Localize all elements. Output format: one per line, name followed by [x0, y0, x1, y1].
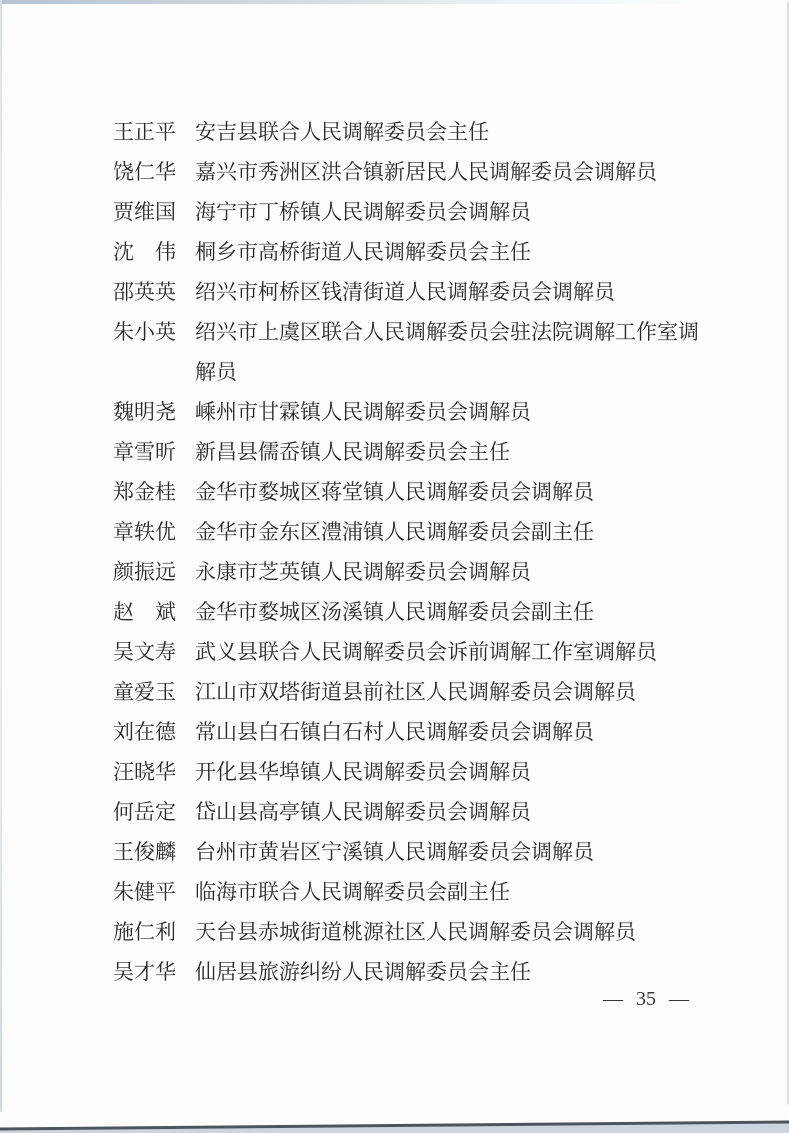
entry-row: 王俊麟 台州市黄岩区宁溪镇人民调解委员会调解员 [113, 832, 713, 872]
entry-row: 章轶优 金华市金东区澧浦镇人民调解委员会副主任 [113, 512, 713, 552]
entry-title: 常山县白石镇白石村人民调解委员会调解员 [195, 712, 707, 752]
entry-row: 施仁利 天台县赤城街道桃源社区人民调解委员会调解员 [113, 912, 713, 952]
entry-name: 沈 伟 [113, 232, 195, 272]
entry-name: 王正平 [113, 112, 195, 152]
entry-title: 绍兴市柯桥区钱清街道人民调解委员会调解员 [195, 272, 707, 312]
entry-name: 颜振远 [113, 552, 195, 592]
entry-name: 汪晓华 [113, 752, 195, 792]
entry-row: 章雪昕 新昌县儒岙镇人民调解委员会主任 [113, 432, 713, 472]
entry-name: 何岳定 [113, 792, 195, 832]
entry-title: 嘉兴市秀洲区洪合镇新居民人民调解委员会调解员 [195, 152, 707, 192]
entry-name: 贾维国 [113, 192, 195, 232]
entry-row: 朱健平 临海市联合人民调解委员会副主任 [113, 872, 713, 912]
page-number: — 35 — [598, 984, 694, 1014]
entry-title: 海宁市丁桥镇人民调解委员会调解员 [195, 192, 707, 232]
entry-title: 台州市黄岩区宁溪镇人民调解委员会调解员 [195, 832, 707, 872]
entry-row: 沈 伟 桐乡市高桥街道人民调解委员会主任 [113, 232, 713, 272]
entry-row: 吴文寿 武义县联合人民调解委员会诉前调解工作室调解员 [113, 632, 713, 672]
entry-title: 岱山县高亭镇人民调解委员会调解员 [195, 792, 707, 832]
entry-name: 邵英英 [113, 272, 195, 312]
entry-row: 何岳定 岱山县高亭镇人民调解委员会调解员 [113, 792, 713, 832]
mediator-roster-list: 王正平 安吉县联合人民调解委员会主任 饶仁华 嘉兴市秀洲区洪合镇新居民人民调解委… [113, 112, 713, 992]
entry-name: 饶仁华 [113, 152, 195, 192]
entry-row: 赵 斌 金华市婺城区汤溪镇人民调解委员会副主任 [113, 592, 713, 632]
entry-title: 桐乡市高桥街道人民调解委员会主任 [195, 232, 707, 272]
entry-title: 天台县赤城街道桃源社区人民调解委员会调解员 [195, 912, 707, 952]
entry-title: 绍兴市上虞区联合人民调解委员会驻法院调解工作室调解员 [195, 312, 707, 392]
entry-row: 魏明尧 嵊州市甘霖镇人民调解委员会调解员 [113, 392, 713, 432]
entry-row: 朱小英 绍兴市上虞区联合人民调解委员会驻法院调解工作室调解员 [113, 312, 713, 392]
entry-name: 王俊麟 [113, 832, 195, 872]
entry-title: 安吉县联合人民调解委员会主任 [195, 112, 707, 152]
entry-name: 章雪昕 [113, 432, 195, 472]
entry-name: 童爱玉 [113, 672, 195, 712]
entry-row: 郑金桂 金华市婺城区蒋堂镇人民调解委员会调解员 [113, 472, 713, 512]
entry-title: 开化县华埠镇人民调解委员会调解员 [195, 752, 707, 792]
entry-title: 金华市婺城区汤溪镇人民调解委员会副主任 [195, 592, 707, 632]
entry-title: 新昌县儒岙镇人民调解委员会主任 [195, 432, 707, 472]
entry-title: 临海市联合人民调解委员会副主任 [195, 872, 707, 912]
entry-row: 颜振远 永康市芝英镇人民调解委员会调解员 [113, 552, 713, 592]
entry-name: 吴文寿 [113, 632, 195, 672]
entry-name: 刘在德 [113, 712, 195, 752]
entry-row: 邵英英 绍兴市柯桥区钱清街道人民调解委员会调解员 [113, 272, 713, 312]
entry-name: 朱健平 [113, 872, 195, 912]
entry-title: 金华市金东区澧浦镇人民调解委员会副主任 [195, 512, 707, 552]
entry-name: 吴才华 [113, 952, 195, 992]
entry-title: 嵊州市甘霖镇人民调解委员会调解员 [195, 392, 707, 432]
entry-name: 赵 斌 [113, 592, 195, 632]
entry-title: 永康市芝英镇人民调解委员会调解员 [195, 552, 707, 592]
entry-name: 郑金桂 [113, 472, 195, 512]
entry-name: 施仁利 [113, 912, 195, 952]
entry-row: 王正平 安吉县联合人民调解委员会主任 [113, 112, 713, 152]
document-page: 王正平 安吉县联合人民调解委员会主任 饶仁华 嘉兴市秀洲区洪合镇新居民人民调解委… [0, 0, 789, 1133]
scan-edge-left [0, 0, 2, 1119]
entry-title: 江山市双塔街道县前社区人民调解委员会调解员 [195, 672, 707, 712]
entry-row: 贾维国 海宁市丁桥镇人民调解委员会调解员 [113, 192, 713, 232]
scan-edge-top [0, 0, 789, 4]
entry-name: 魏明尧 [113, 392, 195, 432]
entry-row: 童爱玉 江山市双塔街道县前社区人民调解委员会调解员 [113, 672, 713, 712]
entry-title: 武义县联合人民调解委员会诉前调解工作室调解员 [195, 632, 707, 672]
entry-name: 朱小英 [113, 312, 195, 352]
entry-row: 刘在德 常山县白石镇白石村人民调解委员会调解员 [113, 712, 713, 752]
entry-name: 章轶优 [113, 512, 195, 552]
entry-row: 饶仁华 嘉兴市秀洲区洪合镇新居民人民调解委员会调解员 [113, 152, 713, 192]
entry-title: 金华市婺城区蒋堂镇人民调解委员会调解员 [195, 472, 707, 512]
entry-row: 汪晓华 开化县华埠镇人民调解委员会调解员 [113, 752, 713, 792]
